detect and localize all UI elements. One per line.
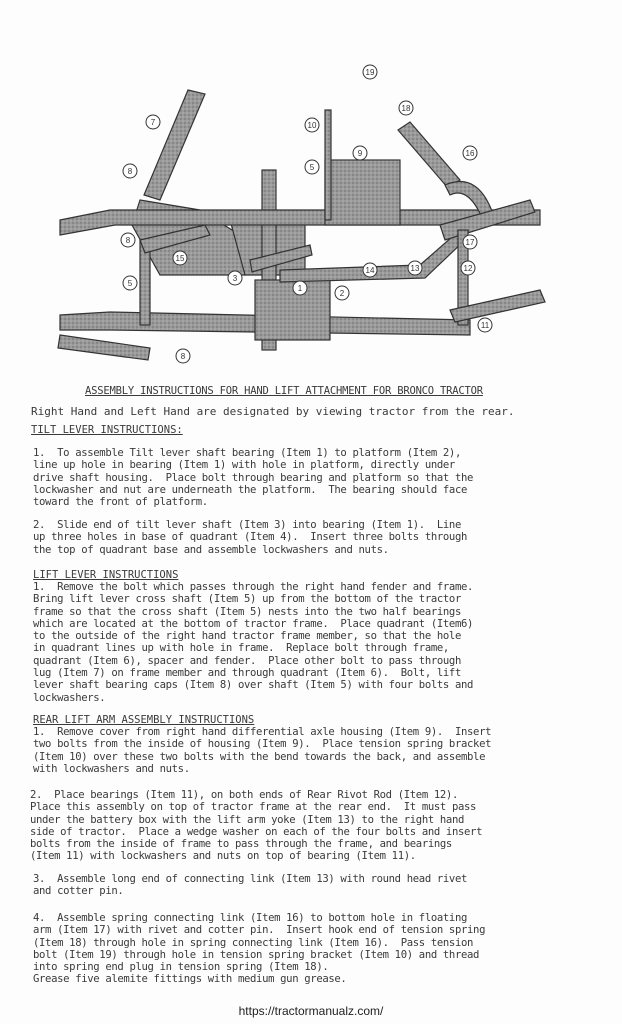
tilt-lever-step-2: 2. Slide end of tilt lever shaft (Item 3… [33,519,467,556]
callout-15: 15 [173,251,187,265]
hand-lift-assembly-diagram: 19 18 10 7 9 16 8 5 8 15 17 5 3 1 14 13 … [40,50,580,380]
section-heading-rear-lift-arm: REAR LIFT ARM ASSEMBLY INSTRUCTIONS [33,714,254,726]
callout-4: 5 [305,160,319,174]
callout-16: 16 [463,146,477,160]
section-heading-lift-lever: LIFT LEVER INSTRUCTIONS [33,569,178,581]
svg-text:9: 9 [358,149,363,158]
callout-5: 5 [123,276,137,290]
svg-text:5: 5 [128,279,133,288]
svg-text:8: 8 [126,236,131,245]
callout-6: 7 [146,115,160,129]
svg-text:18: 18 [402,104,411,113]
svg-text:3: 3 [233,274,238,283]
svg-text:17: 17 [466,238,475,247]
svg-text:11: 11 [481,321,490,330]
document-title: ASSEMBLY INSTRUCTIONS FOR HAND LIFT ATTA… [85,385,483,397]
callout-19: 19 [363,65,377,79]
svg-text:12: 12 [464,264,473,273]
callout-1: 1 [293,281,307,295]
svg-text:5: 5 [310,163,315,172]
callout-9: 9 [353,146,367,160]
rear-lift-arm-step-4: 4. Assemble spring connecting link (Item… [33,912,485,986]
callout-18: 18 [399,101,413,115]
svg-text:8: 8 [128,167,133,176]
callout-13: 13 [408,261,422,275]
rear-lift-arm-step-3: 3. Assemble long end of connecting link … [33,873,467,898]
scanned-page: 19 18 10 7 9 16 8 5 8 15 17 5 3 1 14 13 … [0,0,622,1024]
rear-lift-arm-step-1: 1. Remove cover from right hand differen… [33,726,491,775]
svg-text:8: 8 [181,352,186,361]
svg-text:14: 14 [366,266,375,275]
callout-7: 8 [123,164,137,178]
callout-11: 11 [478,318,492,332]
svg-text:2: 2 [340,289,345,298]
callout-12: 12 [461,261,475,275]
svg-text:13: 13 [411,264,420,273]
callout-3: 3 [228,271,242,285]
section-heading-tilt-lever: TILT LEVER INSTRUCTIONS: [31,424,183,436]
tilt-lever-step-1: 1. To assemble Tilt lever shaft bearing … [33,447,473,508]
callout-10: 10 [305,118,319,132]
svg-text:10: 10 [308,121,317,130]
rear-lift-arm-step-2: 2. Place bearings (Item 11), on both end… [30,789,482,863]
callout-14: 14 [363,263,377,277]
source-url[interactable]: https://tractormanualz.com/ [0,1004,622,1018]
callout-2: 2 [335,286,349,300]
callout-8-upper: 8 [121,233,135,247]
lift-lever-step-1: 1. Remove the bolt which passes through … [33,581,473,704]
intro-text: Right Hand and Left Hand are designated … [31,405,514,418]
callout-17: 17 [463,235,477,249]
svg-text:7: 7 [151,118,156,127]
svg-text:15: 15 [176,254,185,263]
svg-text:19: 19 [366,68,375,77]
callout-8-lower: 8 [176,349,190,363]
svg-text:1: 1 [298,284,303,293]
svg-text:16: 16 [466,149,475,158]
